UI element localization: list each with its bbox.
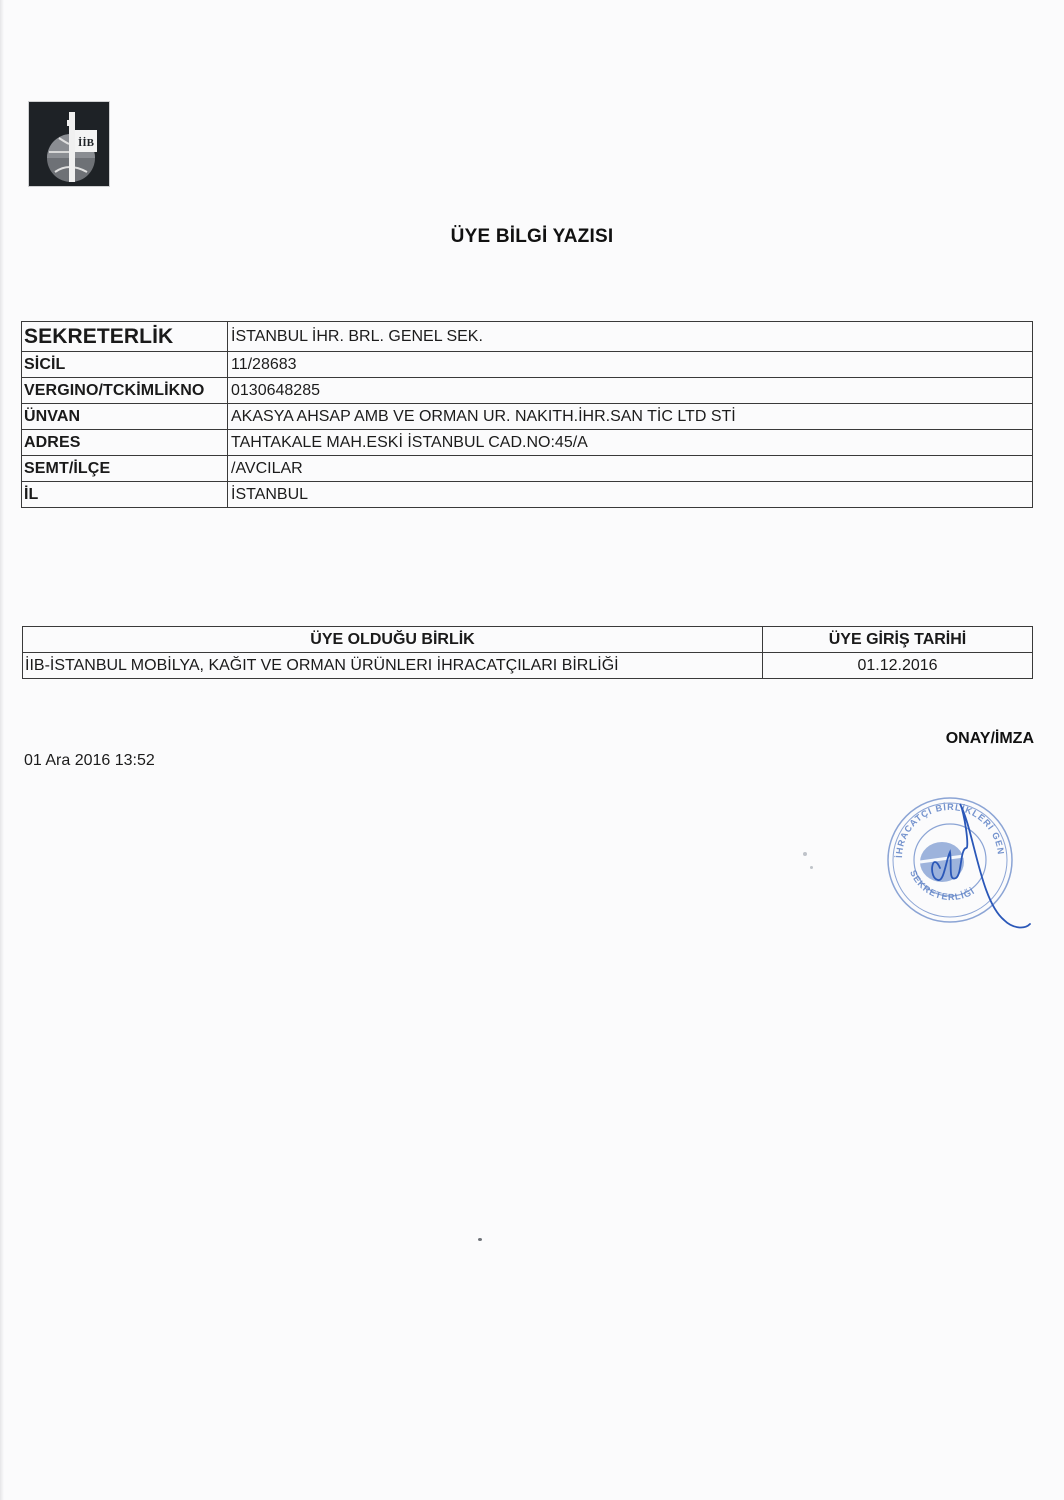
row-value: 11/28683 [228,352,1033,378]
row-label: İL [22,482,228,508]
row-value: AKASYA AHSAP AMB VE ORMAN UR. NAKITH.İHR… [228,404,1033,430]
table-row: SİCİL 11/28683 [22,352,1033,378]
row-label: SEKRETERLİK [22,322,228,352]
table-row: ADRES TAHTAKALE MAH.ESKİ İSTANBUL CAD.NO… [22,430,1033,456]
row-label: VERGINO/TCKİMLİKNO [22,378,228,404]
entry-date: 01.12.2016 [763,653,1033,679]
document-title: ÜYE BİLGİ YAZISI [0,226,1064,248]
table-row: SEKRETERLİK İSTANBUL İHR. BRL. GENEL SEK… [22,322,1033,352]
printed-date: 01 Ara 2016 13:52 [24,752,155,770]
row-label: ADRES [22,430,228,456]
iib-logo: İİB [29,102,109,186]
svg-text:İİB: İİB [78,137,95,149]
membership-table: ÜYE OLDUĞU BİRLİK ÜYE GİRİŞ TARİHİ İIB-İ… [22,626,1033,679]
row-value: 0130648285 [228,378,1033,404]
row-label: SİCİL [22,352,228,378]
approval-signature-label: ONAY/İMZA [946,730,1034,748]
row-value: TAHTAKALE MAH.ESKİ İSTANBUL CAD.NO:45/A [228,430,1033,456]
table-row: İL İSTANBUL [22,482,1033,508]
table-row: VERGINO/TCKİMLİKNO 0130648285 [22,378,1033,404]
page-edge [0,0,4,1500]
scan-speck [810,866,813,869]
row-label: ÜNVAN [22,404,228,430]
column-header-entry-date: ÜYE GİRİŞ TARİHİ [763,627,1033,653]
row-value: /AVCILAR [228,456,1033,482]
member-info-table: SEKRETERLİK İSTANBUL İHR. BRL. GENEL SEK… [21,321,1033,508]
scan-speck [803,852,807,856]
table-row: SEMT/İLÇE /AVCILAR [22,456,1033,482]
table-row: İIB-İSTANBUL MOBİLYA, KAĞIT VE ORMAN ÜRÜ… [23,653,1033,679]
column-header-association: ÜYE OLDUĞU BİRLİK [23,627,763,653]
row-value: İSTANBUL [228,482,1033,508]
row-value: İSTANBUL İHR. BRL. GENEL SEK. [228,322,1033,352]
table-header-row: ÜYE OLDUĞU BİRLİK ÜYE GİRİŞ TARİHİ [23,627,1033,653]
scan-speck [478,1238,482,1241]
row-label: SEMT/İLÇE [22,456,228,482]
official-seal-icon: İHRACATÇI BİRLİKLERİ GENEL SEKRETERLİĞİ [880,790,1040,940]
table-row: ÜNVAN AKASYA AHSAP AMB VE ORMAN UR. NAKI… [22,404,1033,430]
logo-emblem-icon: İİB [29,102,109,186]
association-name: İIB-İSTANBUL MOBİLYA, KAĞIT VE ORMAN ÜRÜ… [23,653,763,679]
